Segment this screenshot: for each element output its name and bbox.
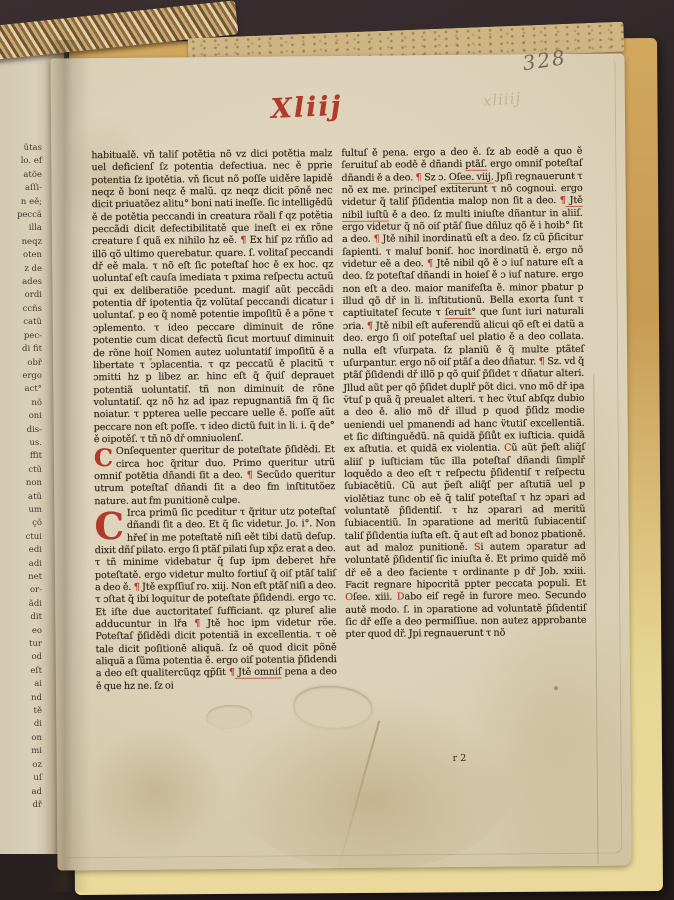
gutter-fragment: ergo bbox=[0, 370, 42, 383]
text-run: ũ aũt p̃eſt aliq̃ſ aliiſ p iuſticiam tũc… bbox=[344, 442, 586, 554]
gutter-fragment: od bbox=[0, 651, 42, 664]
gutter-fragment: mi bbox=[0, 745, 42, 758]
gutter-fragment: adi bbox=[0, 558, 42, 571]
gutter-fragment: non bbox=[0, 477, 42, 490]
gutter-fragment: ordi bbox=[0, 289, 42, 302]
gutter-fragment: aſſi- bbox=[0, 182, 42, 195]
ink-spot bbox=[554, 686, 558, 690]
damage-hole bbox=[294, 686, 372, 729]
paragraph: COnſequenter queritur de poteſtate p̃ſid… bbox=[94, 444, 336, 508]
paragraph: fultuſ ě pena. ergo a deo ě. ſz ab eodě … bbox=[341, 146, 586, 642]
gutter-fragment: atũ bbox=[0, 491, 42, 504]
damage-hole bbox=[206, 705, 252, 729]
gutter-fragment: dř bbox=[0, 799, 42, 812]
gutter-fragment: illa bbox=[0, 222, 42, 235]
gutter-fragment: on bbox=[0, 732, 42, 745]
manuscript-page: xliiij 328 Xliij habitualě. vň taliſ pot… bbox=[50, 54, 631, 871]
gutter-fragment: oten bbox=[0, 249, 42, 262]
gutter-fragment: eo bbox=[0, 625, 42, 638]
gutter-fragment: neqz bbox=[0, 236, 42, 249]
gutter-fragment: n eě; bbox=[0, 196, 42, 209]
gutter-fragment: act° bbox=[0, 383, 42, 396]
gutter-fragment: net bbox=[0, 571, 42, 584]
book-photo: ũtaslo. efatõeaſſi-n eě;peccãillaneqzote… bbox=[0, 0, 674, 900]
gutter-fragment: catũ bbox=[0, 316, 42, 329]
damage-crack bbox=[336, 721, 381, 876]
gutter-fragment: z de bbox=[0, 263, 42, 276]
text-run: ſeruit° bbox=[445, 307, 476, 319]
lombard-initial: C bbox=[94, 508, 127, 543]
gutter-fragment: uſ bbox=[0, 772, 42, 785]
gutter-fragment: um bbox=[0, 504, 42, 517]
text-run: Jtě omniſ bbox=[235, 667, 281, 679]
gutter-fragment: eſt bbox=[0, 665, 42, 678]
ghost-foliation: xliiij bbox=[482, 89, 522, 110]
text-run: ſee. xiii. bbox=[353, 592, 397, 603]
text-run: Sz. vd q̃ ptãſ p̃ſidendi dř illõ p qõ qu… bbox=[343, 356, 585, 456]
water-stain bbox=[226, 694, 518, 872]
gutter-fragment: pec- bbox=[0, 330, 42, 343]
page-crease bbox=[593, 374, 598, 864]
gutter-fragment: di fit bbox=[0, 343, 42, 356]
water-stain bbox=[84, 725, 225, 856]
gutter-fragment: us. bbox=[0, 437, 42, 450]
text-run: Sz ɔ. bbox=[422, 172, 449, 183]
signature-mark: r 2 bbox=[453, 753, 467, 764]
lombard-initial: C bbox=[94, 446, 116, 469]
paragraph: CIrca primũ ſic pceditur τ q̃ritur utz p… bbox=[94, 506, 337, 693]
gutter-fragment: atõe bbox=[0, 169, 42, 182]
gutter-text-fragments: ũtaslo. efatõeaſſi-n eě;peccãillaneqzote… bbox=[0, 142, 42, 812]
gutter-fragment: lo. ef bbox=[0, 155, 42, 168]
gutter-fragment: tur bbox=[0, 638, 42, 651]
gutter-fragment: or- bbox=[0, 584, 42, 597]
gutter-fragment: ades bbox=[0, 276, 42, 289]
rubricated-folio-header: Xliij bbox=[270, 91, 343, 125]
gutter-fragment: dis- bbox=[0, 424, 42, 437]
gutter-fragment: edi bbox=[0, 544, 42, 557]
gutter-fragment: nd bbox=[0, 692, 42, 705]
gutter-fragment: ai bbox=[0, 678, 42, 691]
gutter-fragment: ũtas bbox=[0, 142, 42, 155]
gutter-fragment: oni bbox=[0, 410, 42, 423]
gutter-fragment: oz bbox=[0, 759, 42, 772]
text-run: habitualě. vň taliſ potětia nõ vz dici p… bbox=[91, 148, 333, 248]
text-column-right: fultuſ ě pena. ergo a deo ě. ſz ab eodě … bbox=[341, 146, 586, 642]
gutter-fragment: ctũ bbox=[0, 464, 42, 477]
gutter-fragment: ad bbox=[0, 786, 42, 799]
rubric-mark: O bbox=[345, 592, 353, 603]
gutter-fragment: nõ bbox=[0, 397, 42, 410]
gutter-fragment: tě bbox=[0, 705, 42, 718]
text-column-left: habitualě. vň taliſ potětia nõ vz dici p… bbox=[91, 148, 337, 693]
text-run: Ex hiſ pz rňſio ad illõ qõ ultimo quereb… bbox=[92, 234, 335, 445]
gutter-fragment: peccã bbox=[0, 209, 42, 222]
text-run: ptãſ. bbox=[465, 159, 487, 171]
gutter-fragment: obř bbox=[0, 357, 42, 370]
gutter-fragment: ãdi bbox=[0, 598, 42, 611]
text-run: Oſee. viij. bbox=[449, 171, 494, 183]
handwritten-page-number: 328 bbox=[521, 45, 568, 75]
gutter-fragment: ctui bbox=[0, 531, 42, 544]
gutter-fragment: dit bbox=[0, 611, 42, 624]
gutter-fragment: çõ bbox=[0, 517, 42, 530]
paragraph: habitualě. vň taliſ potětia nõ vz dici p… bbox=[91, 148, 335, 446]
gutter-fragment: ccñs bbox=[0, 303, 42, 316]
gutter-fragment: di bbox=[0, 718, 42, 731]
gutter-fragment: ffit bbox=[0, 450, 42, 463]
